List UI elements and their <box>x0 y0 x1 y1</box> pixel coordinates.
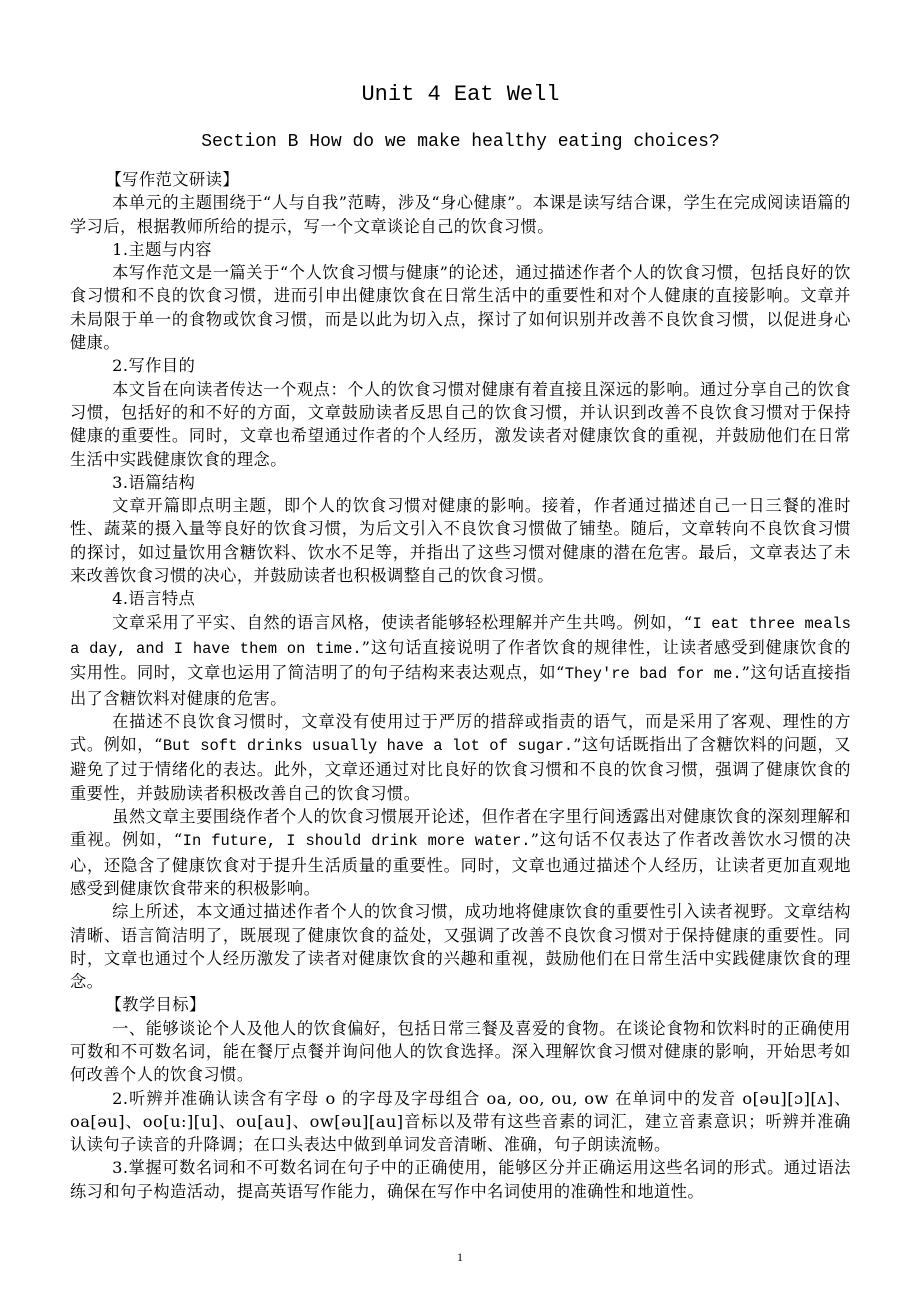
paragraph-language-1: 文章采用了平实、自然的语言风格，使读者能够轻松理解并产生共鸣。例如，“I eat… <box>70 611 851 710</box>
paragraph-goal-1: 一、能够谈论个人及他人的饮食偏好，包括日常三餐及喜爱的食物。在谈论食物和饮料时的… <box>70 1017 851 1087</box>
paragraph-language-3: 虽然文章主要围绕作者个人的饮食习惯展开论述，但作者在字里行间透露出对健康饮食的深… <box>70 805 851 900</box>
section-heading-writing-model: 【写作范文研读】 <box>70 168 851 191</box>
heading-theme-content: 1.主题与内容 <box>70 238 851 261</box>
document-subtitle: Section B How do we make healthy eating … <box>70 129 851 155</box>
paragraph-goal-2: 2.听辨并准确认读含有字母 o 的字母及字母组合 oa, oo, ou, ow … <box>70 1087 851 1157</box>
page-number: 1 <box>0 1250 920 1265</box>
text-segment: 文章采用了平实、自然的语言风格，使读者能够轻松理解并产生共鸣。例如，“ <box>112 613 692 632</box>
paragraph-text-structure: 文章开篇即点明主题，即个人的饮食习惯对健康的影响。接着，作者通过描述自己一日三餐… <box>70 494 851 587</box>
english-quote: They're bad for me. <box>565 665 742 683</box>
section-heading-teaching-goals: 【教学目标】 <box>70 993 851 1016</box>
document-body: 【写作范文研读】 本单元的主题围绕于“人与自我”范畴，涉及“身心健康”。本课是读… <box>70 168 851 1203</box>
paragraph-summary: 综上所述，本文通过描述作者个人的饮食习惯，成功地将健康饮食的重要性引入读者视野。… <box>70 900 851 993</box>
paragraph-writing-purpose: 本文旨在向读者传达一个观点：个人的饮食习惯对健康有着直接且深远的影响。通过分享自… <box>70 378 851 471</box>
heading-writing-purpose: 2.写作目的 <box>70 354 851 377</box>
paragraph-theme-content: 本写作范文是一篇关于“个人饮食习惯与健康”的论述，通过描述作者个人的饮食习惯，包… <box>70 261 851 354</box>
document-title: Unit 4 Eat Well <box>70 80 851 110</box>
heading-language-features: 4.语言特点 <box>70 587 851 610</box>
heading-text-structure: 3.语篇结构 <box>70 471 851 494</box>
paragraph-language-2: 在描述不良饮食习惯时，文章没有使用过于严厉的措辞或指责的语气，而是采用了客观、理… <box>70 710 851 805</box>
paragraph-goal-3: 3.掌握可数名词和不可数名词在句子中的正确使用，能够区分并正确运用这些名词的形式… <box>70 1156 851 1203</box>
paragraph-intro: 本单元的主题围绕于“人与自我”范畴，涉及“身心健康”。本课是读写结合课，学生在完… <box>70 191 851 238</box>
english-quote: In future, I should drink more water. <box>183 832 531 850</box>
english-quote: But soft drinks usually have a lot of su… <box>163 737 573 755</box>
